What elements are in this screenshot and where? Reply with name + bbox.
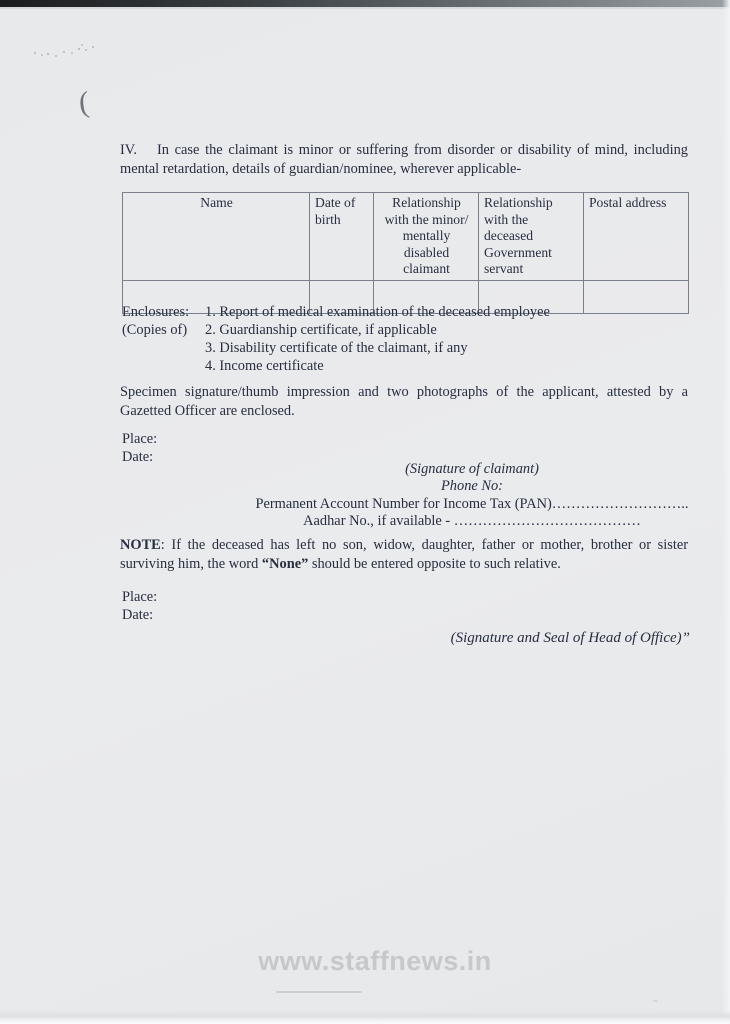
clause-iv-paragraph: IV.In case the claimant is minor or suff… <box>120 141 688 179</box>
phone-no-line: Phone No: <box>252 478 692 495</box>
enclosures-label: Enclosures: <box>122 303 205 321</box>
guardian-details-table: Name Date of birth Relationship with the… <box>122 192 689 314</box>
table-header-relationship-deceased: Relationship with the deceased Governmen… <box>479 193 584 281</box>
note-label: NOTE <box>120 537 161 553</box>
enclosures-items-column: 1. Report of medical examination of the … <box>205 303 688 375</box>
signature-of-claimant-line: (Signature of claimant) <box>252 461 692 478</box>
enclosure-item-2: 2. Guardianship certificate, if applicab… <box>205 321 688 339</box>
enclosures-label-column: Enclosures: (Copies of) <box>122 303 205 375</box>
scan-artifact-dot <box>653 1000 658 1002</box>
scan-artifact-line <box>276 991 362 993</box>
note-text-after: should be entered opposite to such relat… <box>308 556 561 572</box>
date-label-1: Date: <box>122 448 153 466</box>
claimant-signature-block: (Signature of claimant) Phone No: Perman… <box>252 461 692 530</box>
place-label-2: Place: <box>122 588 157 606</box>
scanned-document-page: ( IV.In case the claimant is minor or su… <box>0 0 730 1024</box>
date-label-2: Date: <box>122 606 153 624</box>
table-header-row: Name Date of birth Relationship with the… <box>123 193 689 281</box>
enclosure-item-1: 1. Report of medical examination of the … <box>205 303 688 321</box>
pan-line: Permanent Account Number for Income Tax … <box>252 496 692 513</box>
table-header-relationship-minor: Relationship with the minor/ mentally di… <box>374 193 479 281</box>
note-paragraph: NOTE: If the deceased has left no son, w… <box>120 536 688 574</box>
handwritten-paren-mark: ( <box>77 86 90 121</box>
enclosures-copies-label: (Copies of) <box>122 321 205 339</box>
scan-right-edge <box>722 0 730 1024</box>
table-header-date-of-birth: Date of birth <box>310 193 374 281</box>
clause-iv-number: IV. <box>120 141 157 160</box>
enclosure-item-4: 4. Income certificate <box>205 357 688 375</box>
enclosures-block: Enclosures: (Copies of) 1. Report of med… <box>122 303 688 375</box>
table-header-postal-address: Postal address <box>584 193 689 281</box>
watermark-staffnews: www.staffnews.in <box>258 946 492 977</box>
specimen-signature-paragraph: Specimen signature/thumb impression and … <box>120 383 688 421</box>
pencil-scribble-mark <box>34 52 36 54</box>
table-header-name: Name <box>123 193 310 281</box>
aadhar-line: Aadhar No., if available - ………………………………… <box>252 513 692 530</box>
enclosure-item-3: 3. Disability certificate of the claiman… <box>205 339 688 357</box>
place-label-1: Place: <box>122 430 157 448</box>
clause-iv-text: In case the claimant is minor or sufferi… <box>120 142 688 177</box>
scan-bottom-edge <box>0 1010 730 1024</box>
scan-top-edge <box>0 0 730 7</box>
head-of-office-signature-line: (Signature and Seal of Head of Office)” <box>451 630 690 647</box>
note-bold-none: “None” <box>262 556 308 572</box>
